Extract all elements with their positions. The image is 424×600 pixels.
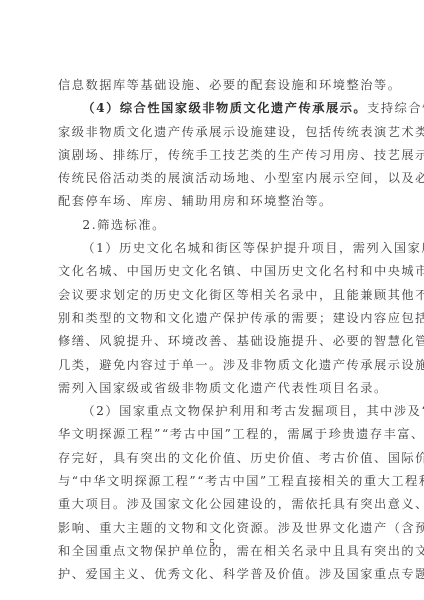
text-line: 重大项目。涉及国家文化公园建设的，需依托具有突出意义、重要 <box>58 493 364 516</box>
text-line: 家级非物质文化遗产传承展示设施建设，包括传统表演艺术类的展 <box>58 121 364 144</box>
text-line: 信息数据库等基础设施、必要的配套设施和环境整治等。 <box>58 74 364 97</box>
heading-rest-text: 支持综合性国 <box>367 101 424 115</box>
text-line: 修缮、风貌提升、环境改善、基础设施提升、必要的智慧化管理等 <box>58 330 364 353</box>
text-line: 演剧场、排练厅，传统手工技艺类的生产传习用房、技艺展示厅， <box>58 144 364 167</box>
text-line: 与“中华文明探源工程”“考古中国”工程直接相关的重大工程和 <box>58 470 364 493</box>
text-line: 需列入国家级或省级非物质文化遗产代表性项目名录。 <box>58 377 364 400</box>
text-line: 华文明探源工程”“考古中国”工程的，需属于珍贵遗存丰富、保 <box>58 423 364 446</box>
text-line: 别和类型的文物和文化遗产保护传承的需要；建设内容应包括保护 <box>58 307 364 330</box>
text-line: （2）国家重点文物保护利用和考古发掘项目，其中涉及“中 <box>58 400 364 423</box>
document-body: 信息数据库等基础设施、必要的配套设施和环境整治等。 （4）综合性国家级非物质文化… <box>58 74 364 587</box>
document-page: 信息数据库等基础设施、必要的配套设施和环境整治等。 （4）综合性国家级非物质文化… <box>0 0 424 600</box>
text-line: 会议要求划定的历史文化街区等相关名录中，且能兼顾其他不同级 <box>58 284 364 307</box>
subsection-heading: 2.筛选标准。 <box>58 214 364 237</box>
text-line: 存完好，具有突出的文化价值、历史价值、考古价值、国际价值， <box>58 447 364 470</box>
section-heading-4: （4）综合性国家级非物质文化遗产传承展示。支持综合性国 <box>58 97 364 120</box>
text-line: 文化名城、中国历史文化名镇、中国历史文化名村和中央城市工作 <box>58 260 364 283</box>
text-line: 几类，避免内容过于单一。涉及非物质文化遗产传承展示设施的， <box>58 354 364 377</box>
page-number: 5 <box>0 537 424 549</box>
text-line: 护、爱国主义、优秀文化、科学普及价值。涉及国家重点专题博物 <box>58 563 364 586</box>
text-line: 传统民俗活动类的展演活动场地、小型室内展示空间，以及必要的 <box>58 167 364 190</box>
text-line: （1）历史文化名城和街区等保护提升项目，需列入国家历史 <box>58 237 364 260</box>
heading-bold-text: （4）综合性国家级非物质文化遗产传承展示。 <box>82 101 367 115</box>
text-line: 配套停车场、库房、辅助用房和环境整治等。 <box>58 190 364 213</box>
